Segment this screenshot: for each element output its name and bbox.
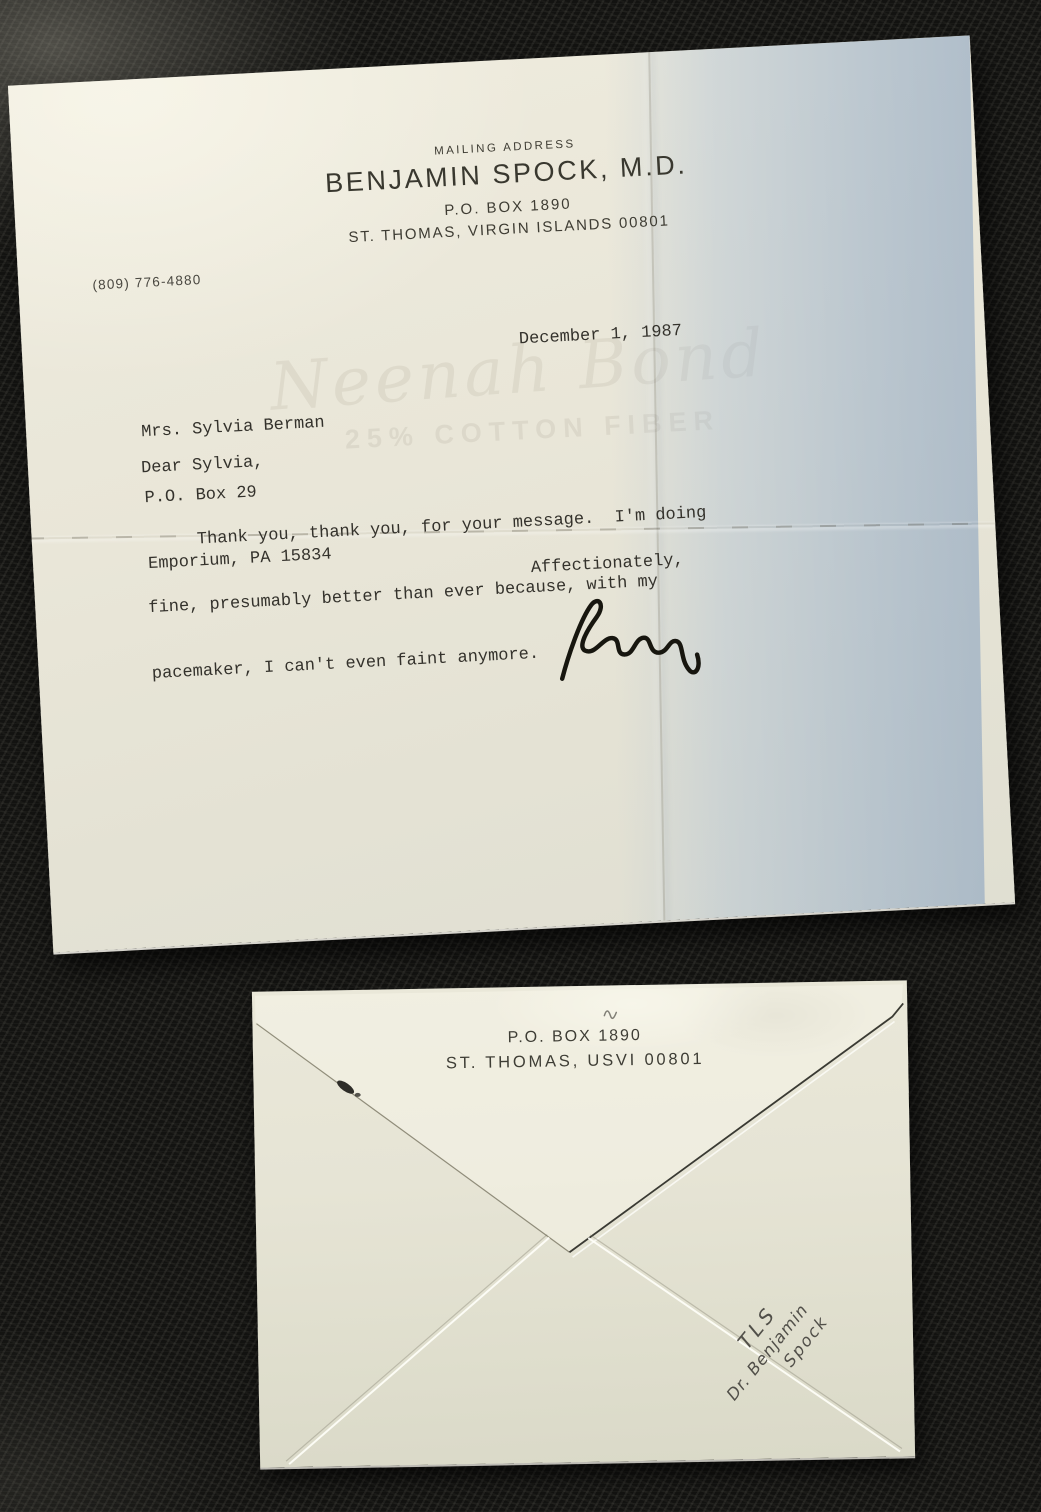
signature-ben xyxy=(547,581,722,695)
envelope-return-po-box: P.O. BOX 1890 xyxy=(507,1027,642,1047)
bottom-flap-crease-left xyxy=(285,1238,553,1465)
letterhead-po-box: P.O. BOX 1890 xyxy=(444,195,572,219)
signature-stroke xyxy=(558,596,699,679)
photo-background: Neenah Bond 25% COTTON FIBER MAILING ADD… xyxy=(0,0,1041,1512)
body-line: Thank you, thank you, for your message. … xyxy=(144,503,706,554)
bottom-flap-crease-left-shade xyxy=(282,1235,551,1462)
envelope-back: P.O. BOX 1890 ST. THOMAS, USVI 00801 TLS… xyxy=(252,980,915,1467)
top-flap xyxy=(255,984,907,1257)
recipient-name: Mrs. Sylvia Berman xyxy=(141,413,326,445)
letterhead-mailing-address-label: MAILING ADDRESS xyxy=(434,138,576,157)
letterhead-phone: (809) 776-4880 xyxy=(92,272,202,293)
letter-sheet: Neenah Bond 25% COTTON FIBER MAILING ADD… xyxy=(8,35,1015,952)
